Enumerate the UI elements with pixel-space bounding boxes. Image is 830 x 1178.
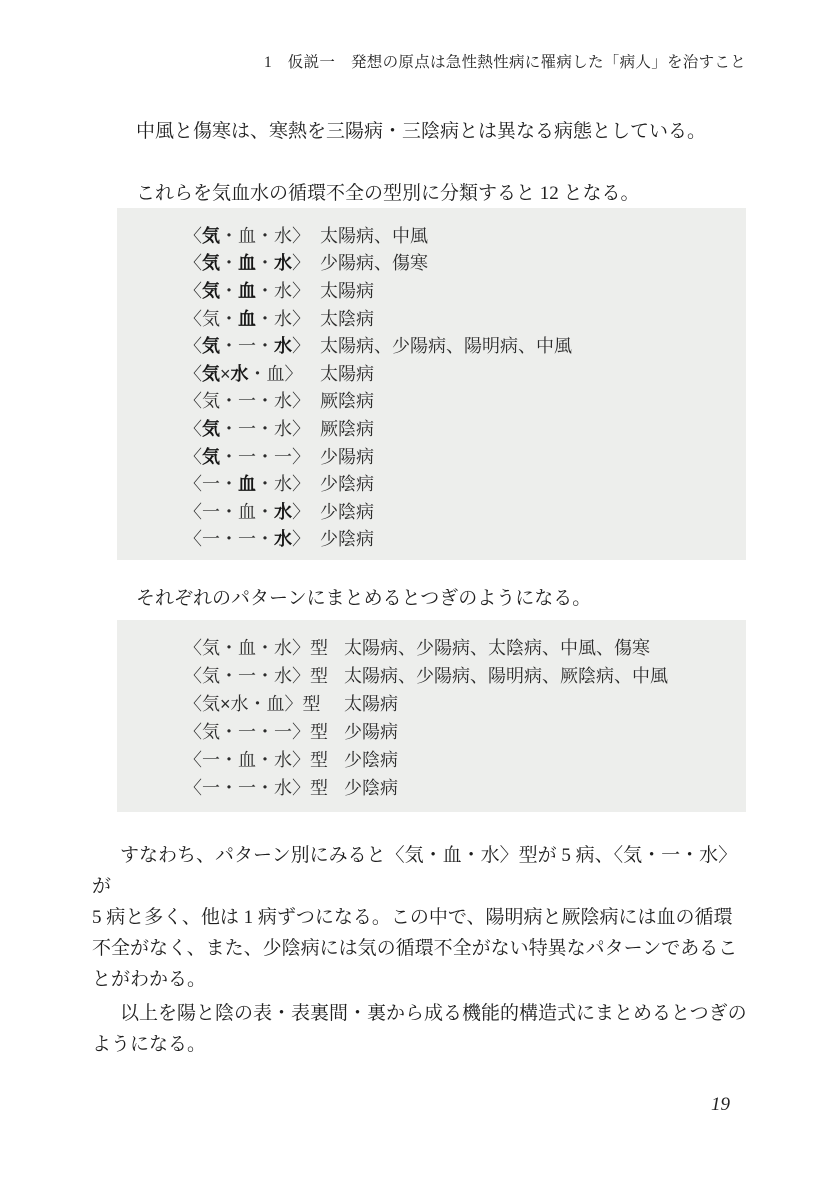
pattern-element: 〈気×水・血〉型	[184, 694, 321, 714]
pattern-formula: 〈一・一・水〉型	[184, 774, 344, 800]
pattern-element-bold: 気	[202, 226, 220, 246]
pattern-element-bold: 気	[202, 336, 220, 356]
pattern-formula: 〈気・一・水〉	[184, 332, 320, 358]
pattern-element-bold: 気	[202, 447, 220, 467]
paragraph-intro-2: これらを気血水の循環不全の型別に分類すると 12 となる。	[92, 178, 748, 209]
pattern-row: 〈気・血・水〉少陽病、傷寒	[184, 249, 746, 277]
pattern-element: ・	[220, 253, 238, 273]
pattern-row: 〈一・一・水〉型少陰病	[184, 773, 746, 801]
pattern-diseases: 少陰病	[320, 470, 374, 496]
pattern-element: 〈気・一・水〉	[184, 391, 310, 411]
pattern-element-bold: 血	[238, 253, 256, 273]
pattern-element-bold: 血	[238, 309, 256, 329]
pattern-diseases: 少陰病	[320, 525, 374, 551]
pattern-element: 〈気・	[184, 309, 238, 329]
running-head: 1 仮説一 発想の原点は急性熱性病に罹病した「病人」を治すこと	[92, 50, 746, 72]
pattern-element: 〈一・	[184, 474, 238, 494]
pattern-element: 〉	[292, 529, 310, 549]
pattern-row: 〈気・一・一〉型少陽病	[184, 717, 746, 745]
pattern-element: 〉	[292, 253, 310, 273]
pattern-element-bold: 血	[238, 281, 256, 301]
pattern-diseases: 太陽病、少陽病、陽明病、中風	[320, 332, 572, 358]
pattern-row: 〈気・一・水〉太陽病、少陽病、陽明病、中風	[184, 331, 746, 359]
pattern-element: 〉	[292, 336, 310, 356]
paragraph-intro-1: 中風と傷寒は、寒熱を三陽病・三陰病とは異なる病態としている。	[92, 116, 748, 147]
pattern-row: 〈気・血・水〉太陰病	[184, 304, 746, 332]
pattern-element: 〈気・一・一〉型	[184, 722, 328, 742]
pattern-element: 〈	[184, 253, 202, 273]
pattern-formula: 〈一・血・水〉	[184, 470, 320, 496]
document-page: 1 仮説一 発想の原点は急性熱性病に罹病した「病人」を治すこと 中風と傷寒は、寒…	[0, 0, 830, 1178]
pattern-element: ・	[256, 253, 274, 273]
pattern-row: 〈一・一・水〉少陰病	[184, 525, 746, 553]
pattern-formula: 〈気・血・水〉	[184, 249, 320, 275]
pattern-row: 〈一・血・水〉型少陰病	[184, 745, 746, 773]
pattern-diseases: 厥陰病	[320, 415, 374, 441]
pattern-element: 〈一・一・	[184, 529, 274, 549]
pattern-element: ・一・一〉	[220, 447, 310, 467]
pattern-formula: 〈気・血・水〉	[184, 277, 320, 303]
pattern-element: ・	[220, 281, 238, 301]
pattern-classification-table: 〈気・血・水〉太陽病、中風〈気・血・水〉少陽病、傷寒〈気・血・水〉太陽病〈気・血…	[117, 208, 746, 560]
pattern-diseases: 太陽病	[320, 277, 374, 303]
pattern-formula: 〈気・血・水〉型	[184, 634, 344, 660]
pattern-element: ・水〉	[256, 281, 310, 301]
pattern-row: 〈気・血・水〉太陽病、中風	[184, 221, 746, 249]
pattern-element: ・水〉	[256, 309, 310, 329]
pattern-element: 〈気・血・水〉型	[184, 638, 328, 658]
pattern-formula: 〈気・血・水〉	[184, 305, 320, 331]
pattern-diseases: 太陽病	[320, 360, 374, 386]
pattern-element: 〈	[184, 281, 202, 301]
pattern-diseases: 太陽病	[344, 690, 398, 716]
pattern-formula: 〈気・一・一〉	[184, 443, 320, 469]
pattern-element-bold: 気	[202, 364, 220, 384]
pattern-row: 〈気・血・水〉型太陽病、少陽病、太陰病、中風、傷寒	[184, 633, 746, 661]
pattern-row: 〈気・血・水〉太陽病	[184, 276, 746, 304]
pattern-diseases: 少陰病	[320, 498, 374, 524]
pattern-diseases: 太陽病、中風	[320, 222, 428, 248]
pattern-formula: 〈気×水・血〉型	[184, 690, 344, 716]
pattern-element: 〈	[184, 447, 202, 467]
pattern-element: 〈	[184, 336, 202, 356]
pattern-diseases: 少陽病	[320, 443, 374, 469]
pattern-element-bold: 水	[274, 502, 292, 522]
pattern-element-bold: 水	[274, 529, 292, 549]
pattern-diseases: 太陽病、少陽病、陽明病、厥陰病、中風	[344, 662, 668, 688]
pattern-element: 〉	[292, 502, 310, 522]
pattern-element: 〈気・一・水〉型	[184, 666, 328, 686]
pattern-element-bold: 水	[274, 336, 292, 356]
pattern-diseases: 少陰病	[344, 774, 398, 800]
pattern-diseases: 少陰病	[344, 746, 398, 772]
pattern-summary-table: 〈気・血・水〉型太陽病、少陽病、太陰病、中風、傷寒〈気・一・水〉型太陽病、少陽病…	[117, 620, 746, 812]
pattern-row: 〈気・一・水〉厥陰病	[184, 387, 746, 415]
pattern-formula: 〈気・一・水〉	[184, 415, 320, 441]
pattern-row: 〈気・一・一〉少陽病	[184, 442, 746, 470]
pattern-formula: 〈気×水・血〉	[184, 360, 320, 386]
pattern-formula: 〈気・一・一〉型	[184, 718, 344, 744]
pattern-row: 〈気・一・水〉型太陽病、少陽病、陽明病、厥陰病、中風	[184, 661, 746, 689]
pattern-element: ・水〉	[256, 474, 310, 494]
pattern-element-bold: 水	[231, 364, 249, 384]
pattern-element-bold: 気	[202, 253, 220, 273]
pattern-element: 〈一・血・水〉型	[184, 750, 328, 770]
pattern-element: 〈	[184, 226, 202, 246]
page-number: 19	[92, 1094, 730, 1116]
pattern-element: ・一・	[220, 336, 274, 356]
pattern-element: ・血〉	[249, 364, 303, 384]
paragraph-between-tables: それぞれのパターンにまとめるとつぎのようになる。	[92, 583, 748, 614]
pattern-element: 〈	[184, 419, 202, 439]
pattern-row: 〈気・一・水〉厥陰病	[184, 414, 746, 442]
pattern-element: ×	[220, 364, 231, 384]
paragraph-closing: 以上を陽と陰の表・表裏間・裏から成る機能的構造式にまとめるとつぎの ようになる。	[92, 998, 748, 1060]
pattern-formula: 〈一・一・水〉	[184, 525, 320, 551]
pattern-diseases: 少陽病、傷寒	[320, 249, 428, 275]
pattern-row: 〈気×水・血〉型太陽病	[184, 689, 746, 717]
pattern-row: 〈一・血・水〉少陰病	[184, 497, 746, 525]
pattern-element-bold: 血	[238, 474, 256, 494]
pattern-row: 〈気×水・血〉太陽病	[184, 359, 746, 387]
pattern-formula: 〈気・一・水〉型	[184, 662, 344, 688]
pattern-formula: 〈気・一・水〉	[184, 387, 320, 413]
pattern-diseases: 太陽病、少陽病、太陰病、中風、傷寒	[344, 634, 650, 660]
pattern-element-bold: 気	[202, 419, 220, 439]
pattern-formula: 〈一・血・水〉	[184, 498, 320, 524]
pattern-row: 〈一・血・水〉少陰病	[184, 469, 746, 497]
pattern-formula: 〈一・血・水〉型	[184, 746, 344, 772]
pattern-element: 〈一・一・水〉型	[184, 778, 328, 798]
pattern-element-bold: 水	[274, 253, 292, 273]
pattern-element-bold: 気	[202, 281, 220, 301]
pattern-element: 〈	[184, 364, 202, 384]
pattern-element: ・一・水〉	[220, 419, 310, 439]
pattern-element: ・血・水〉	[220, 226, 310, 246]
pattern-diseases: 少陽病	[344, 718, 398, 744]
pattern-diseases: 厥陰病	[320, 387, 374, 413]
paragraph-analysis: すなわち、パターン別にみると〈気・血・水〉型が 5 病、〈気・一・水〉が 5 病…	[92, 840, 748, 995]
pattern-formula: 〈気・血・水〉	[184, 222, 320, 248]
pattern-element: 〈一・血・	[184, 502, 274, 522]
pattern-diseases: 太陰病	[320, 305, 374, 331]
